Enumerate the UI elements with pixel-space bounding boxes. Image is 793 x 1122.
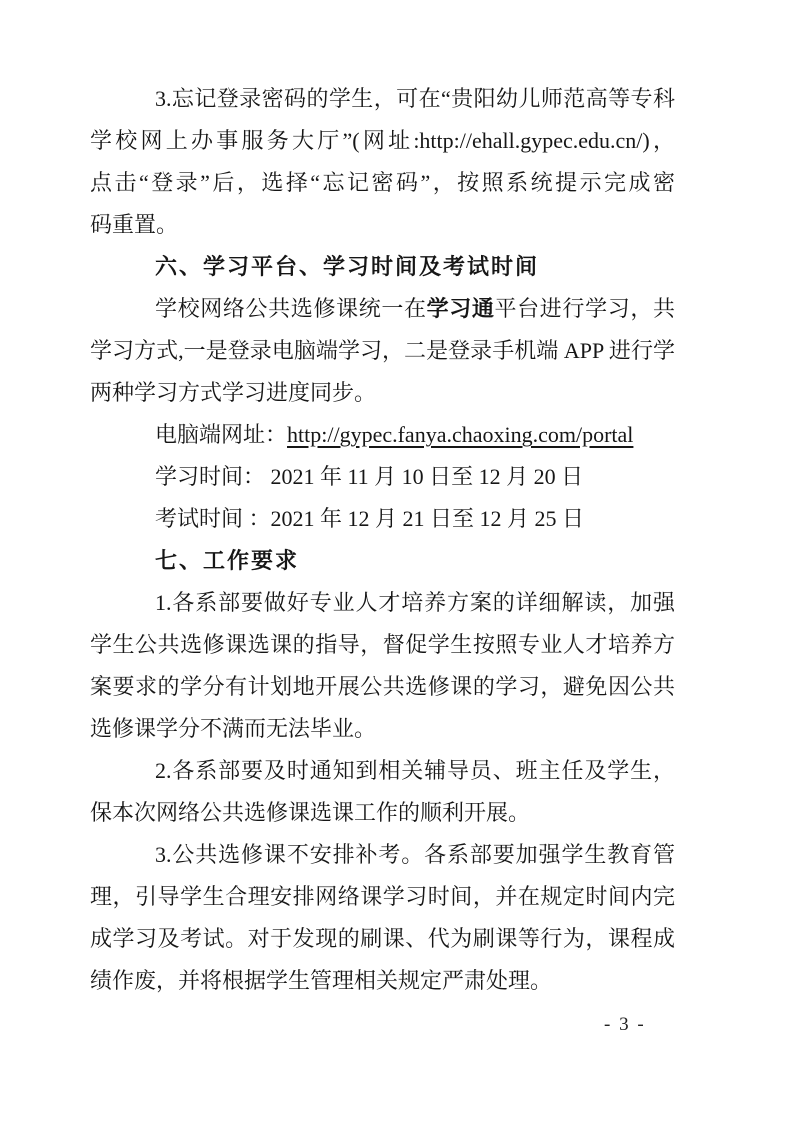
password-reset-line-1: 3.忘记登录密码的学生，可在“贵阳幼儿师范高等专科 [90,78,675,120]
portal-url-link[interactable]: http://gypec.fanya.chaoxing.com/portal [287,422,633,447]
work-req-item1-line-2: 学生公共选修课选课的指导，督促学生按照专业人才培养方 [90,624,675,666]
page-number: - 3 - [604,1010,646,1040]
platform-para-pre: 学校网络公共选修课统一在 [155,296,427,321]
work-req-item3-line-1: 3.公共选修课不安排补考。各系部要加强学生教育管 [90,834,675,876]
work-req-item1-line-4: 选修课学分不满而无法毕业。 [90,708,675,750]
exam-time-line: 考试时间 ：2021 年 12 月 21 日至 12 月 25 日 [90,498,675,540]
platform-para-line-1: 学校网络公共选修课统一在学习通平台进行学习，共有两种 [90,288,675,330]
password-reset-line-2: 学校网上办事服务大厅”(网址:http://ehall.gypec.edu.cn… [90,120,675,162]
work-req-item2-line-2: 保本次网络公共选修课选课工作的顺利开展。 [90,792,675,834]
document-body: 3.忘记登录密码的学生，可在“贵阳幼儿师范高等专科 学校网上办事服务大厅”(网址… [90,78,675,1002]
pc-url-label: 电脑端网址： [155,422,287,447]
platform-para-line-3: 两种学习方式学习进度同步。 [90,372,675,414]
study-time-line: 学习时间： 2021 年 11 月 10 日至 12 月 20 日 [90,456,675,498]
document-page: 3.忘记登录密码的学生，可在“贵阳幼儿师范高等专科 学校网上办事服务大厅”(网址… [0,0,793,1122]
section7-heading: 七、工作要求 [90,540,675,582]
platform-para-line-2: 学习方式,一是登录电脑端学习，二是登录手机端 APP 进行学习， [90,330,675,372]
section6-heading: 六、学习平台、学习时间及考试时间 [90,246,675,288]
work-req-item2-line-1: 2.各系部要及时通知到相关辅导员、班主任及学生，确 [90,750,675,792]
work-req-item1-line-1: 1.各系部要做好专业人才培养方案的详细解读，加强对 [90,582,675,624]
platform-name-bold: 学习通 [427,296,495,321]
password-reset-line-4: 码重置。 [90,204,675,246]
password-reset-line-3: 点击“登录”后，选择“忘记密码”，按照系统提示完成密 [90,162,675,204]
work-req-item3-line-4: 绩作废，并将根据学生管理相关规定严肃处理。 [90,960,675,1002]
work-req-item3-line-3: 成学习及考试。对于发现的刷课、代为刷课等行为，课程成 [90,918,675,960]
work-req-item1-line-3: 案要求的学分有计划地开展公共选修课的学习，避免因公共 [90,666,675,708]
pc-url-line: 电脑端网址：http://gypec.fanya.chaoxing.com/po… [90,414,675,456]
work-req-item3-line-2: 理，引导学生合理安排网络课学习时间，并在规定时间内完 [90,876,675,918]
